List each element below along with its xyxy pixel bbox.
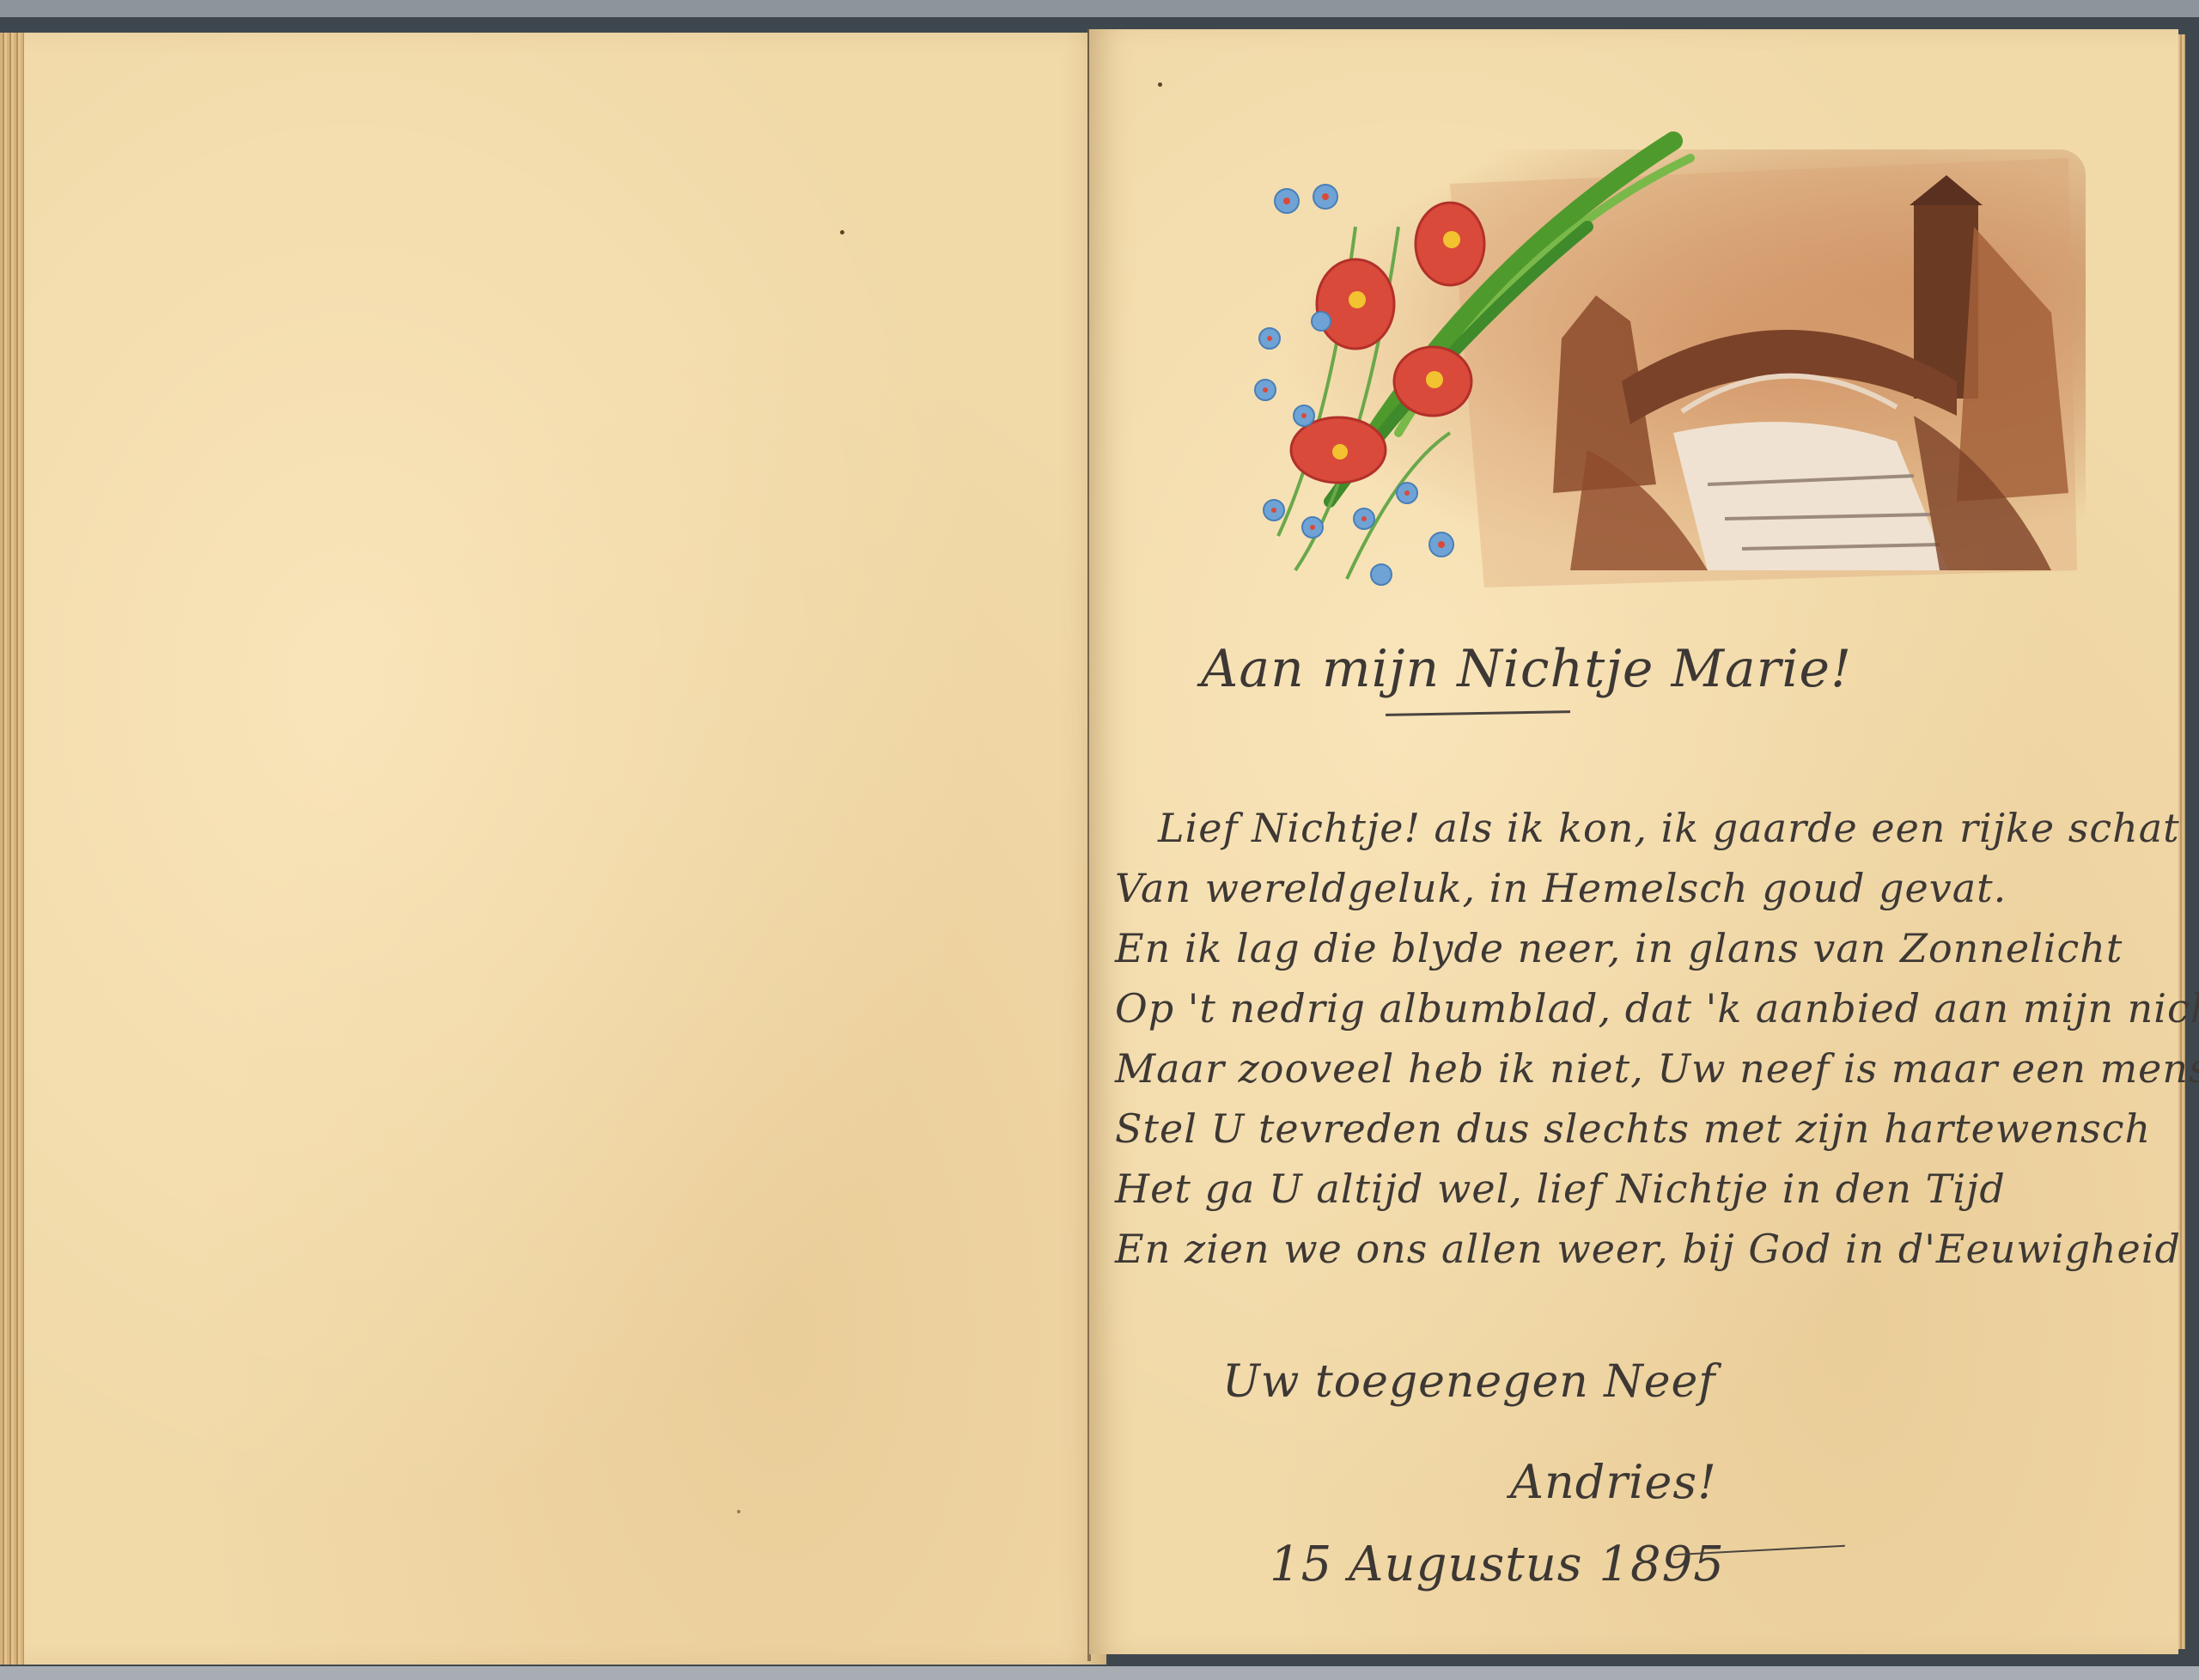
poem: Lief Nichtje! als ik kon, ik gaarde een … bbox=[1115, 798, 2199, 1279]
poem-line: En ik lag die blyde neer, in glans van Z… bbox=[1115, 918, 2199, 978]
right-page: Aan mijn Nichtje Marie! Lief Nichtje! al… bbox=[1089, 29, 2178, 1654]
signature: Andries! bbox=[1510, 1455, 1717, 1509]
poem-line: En zien we ons allen weer, bij God in d'… bbox=[1115, 1219, 2199, 1279]
paper-speck bbox=[1158, 82, 1162, 87]
paper-speck bbox=[840, 230, 844, 234]
closing-line: Uw toegenegen Neef bbox=[1222, 1356, 1716, 1408]
poem-line: Stel U tevreden dus slechts met zijn har… bbox=[1115, 1099, 2199, 1159]
paper-speck bbox=[737, 1510, 740, 1513]
watercolor-illustration bbox=[1227, 124, 2086, 605]
left-page bbox=[24, 33, 1106, 1665]
poem-line: Het ga U altijd wel, lief Nichtje in den… bbox=[1115, 1159, 2199, 1219]
heading-underline bbox=[1386, 710, 1570, 716]
poem-line: Maar zooveel heb ik niet, Uw neef is maa… bbox=[1115, 1038, 2199, 1099]
poem-line: Van wereldgeluk, in Hemelsch goud gevat. bbox=[1115, 858, 2199, 918]
poem-line: Op 't nedrig albumblad, dat 'k aanbied a… bbox=[1115, 978, 2199, 1038]
date: 15 Augustus 1895 bbox=[1270, 1537, 1725, 1592]
bridge-and-bouquet-icon bbox=[1227, 124, 2086, 605]
poem-line: Lief Nichtje! als ik kon, ik gaarde een … bbox=[1158, 798, 2199, 858]
dedication-heading: Aan mijn Nichtje Marie! bbox=[1201, 639, 1852, 699]
album-scan: Aan mijn Nichtje Marie! Lief Nichtje! al… bbox=[0, 0, 2199, 1680]
